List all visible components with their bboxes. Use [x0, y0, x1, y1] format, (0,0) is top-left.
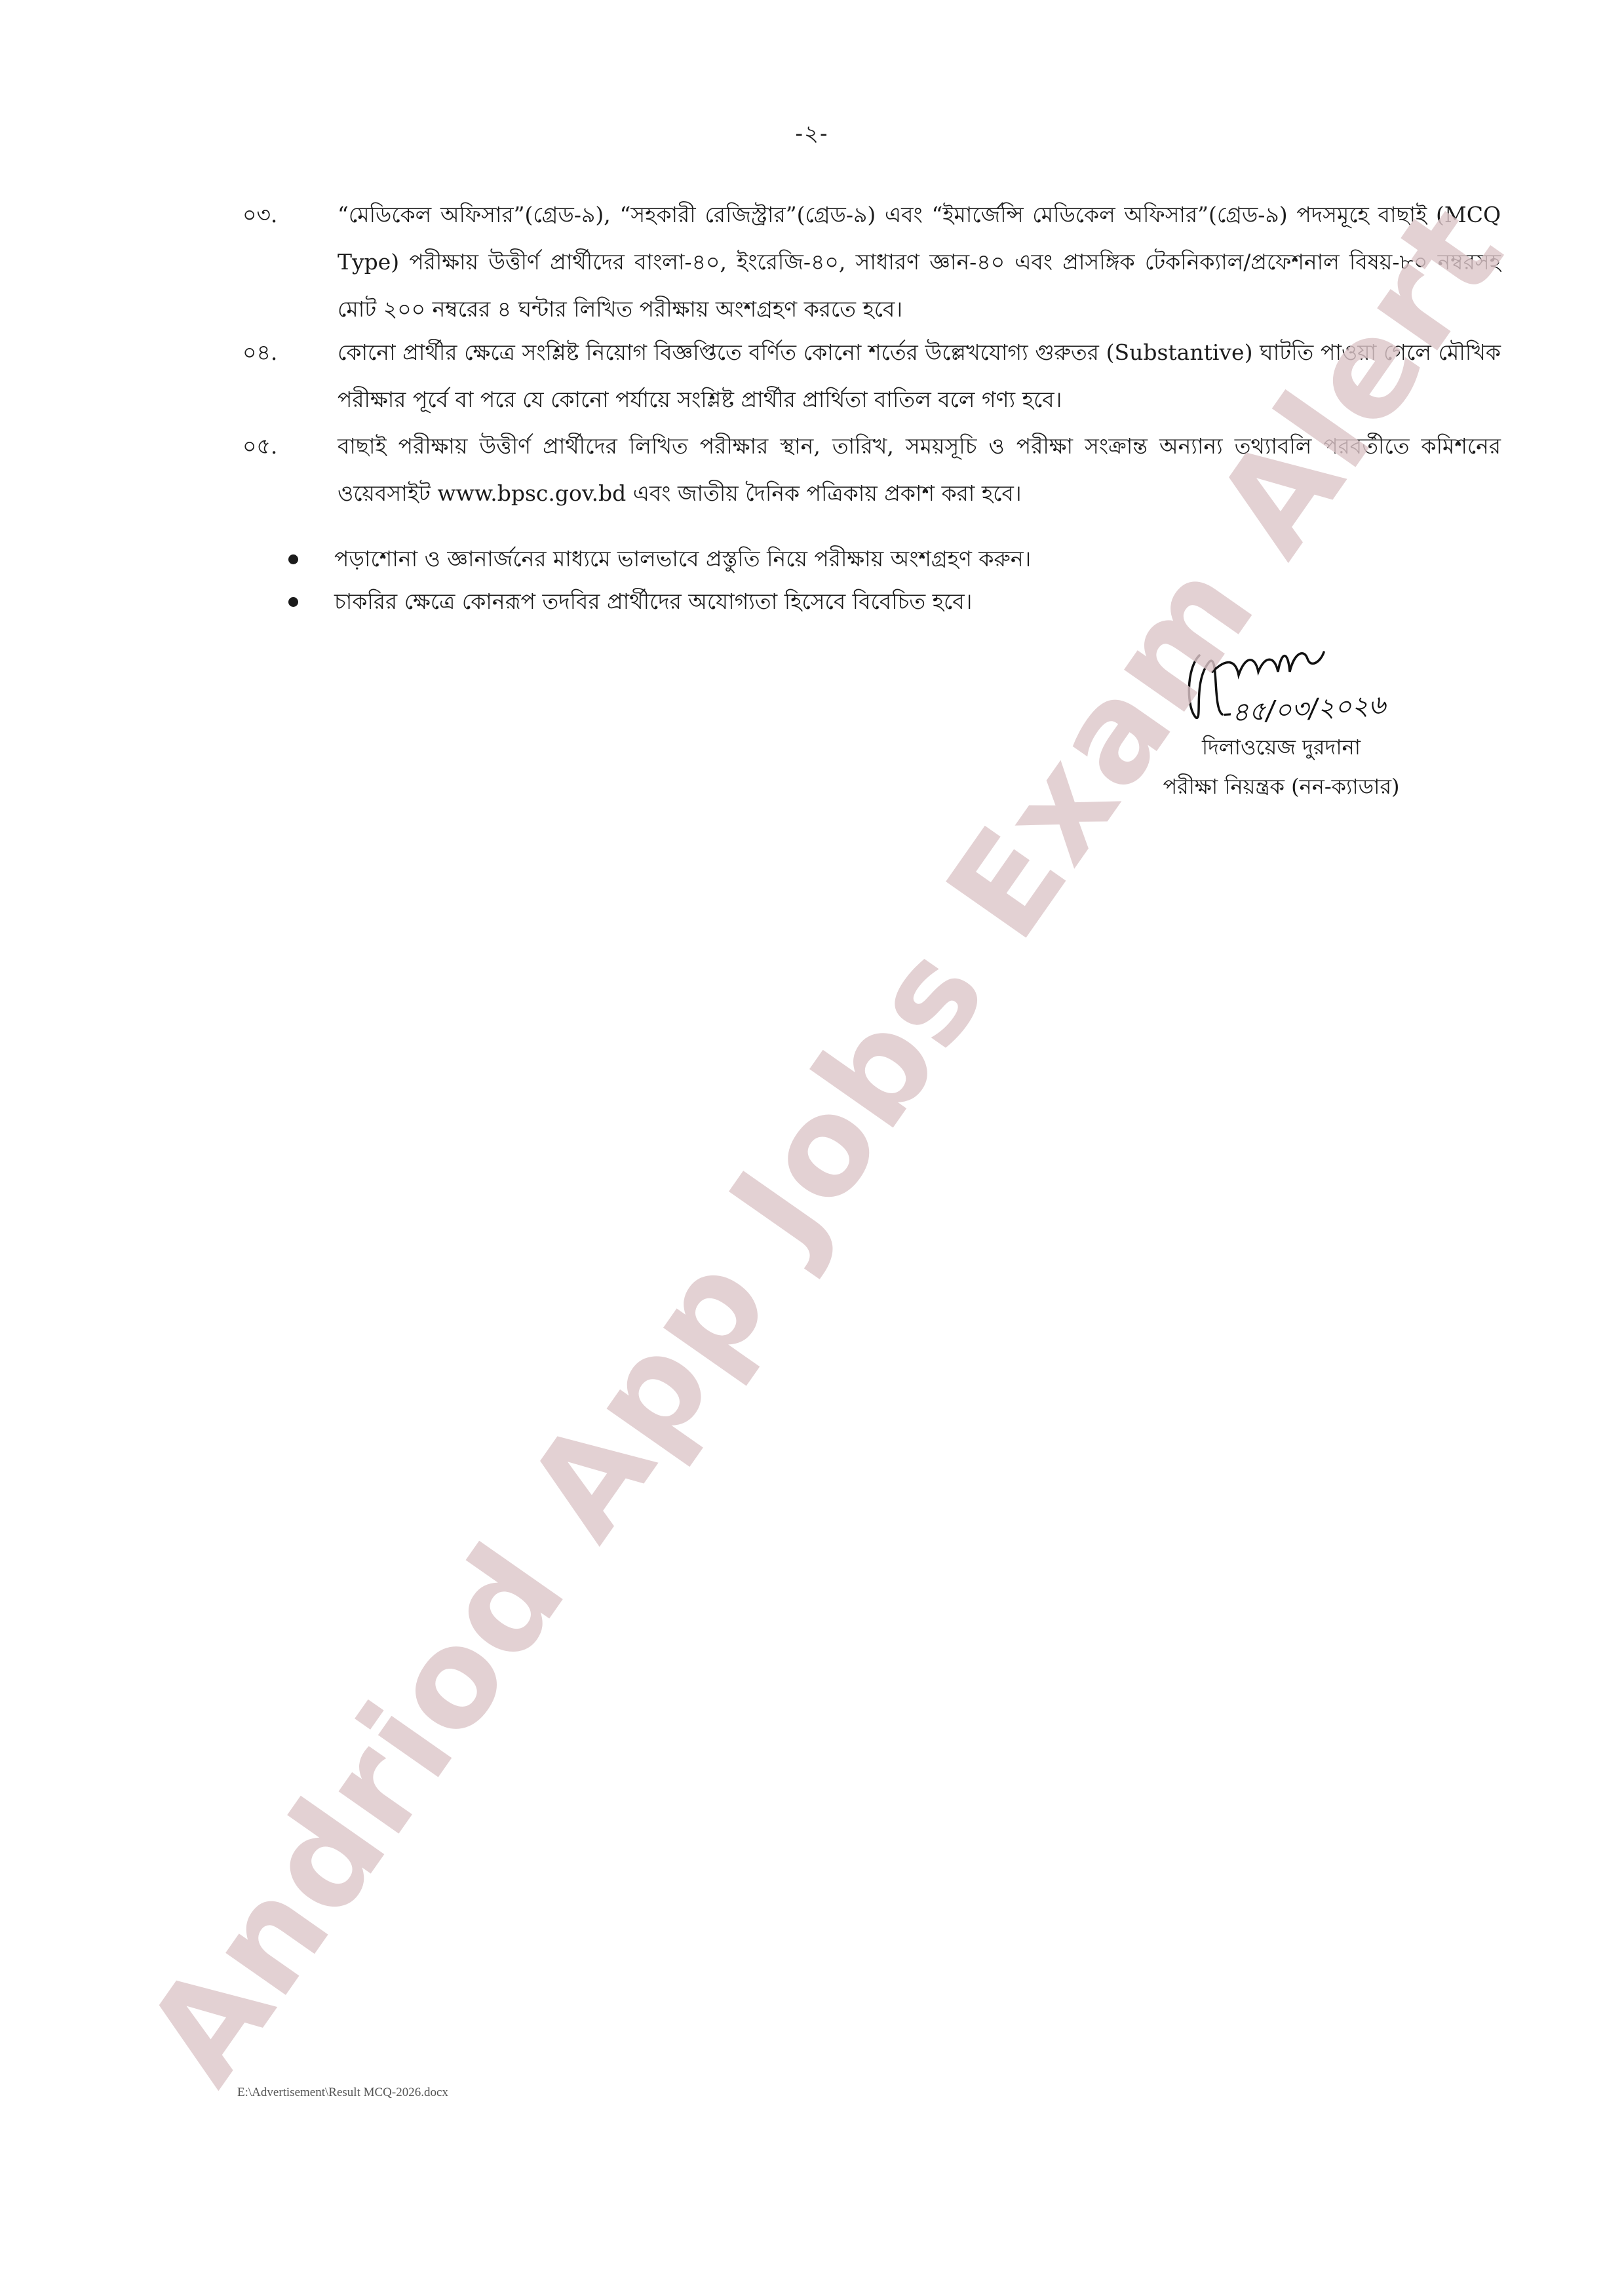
clause-number: ০৪.	[242, 329, 321, 376]
signature-block: -৪৫/০৩/২০২৬ দিলাওয়েজ দুরদানা পরীক্ষা নি…	[1088, 642, 1475, 806]
clause-text-after-link: এবং জাতীয় দৈনিক পত্রিকায় প্রকাশ করা হব…	[626, 480, 1021, 506]
file-path-footer: E:\Advertisement\Result MCQ-2026.docx	[237, 2086, 448, 2100]
bullet-item: চাকরির ক্ষেত্রে কোনরূপ তদবির প্রার্থীদের…	[288, 580, 1468, 623]
notice-bullets: পড়াশোনা ও জ্ঞানার্জনের মাধ্যমে ভালভাবে …	[288, 537, 1468, 623]
bullet-icon	[288, 554, 298, 564]
clause-04: ০৪. কোনো প্রার্থীর ক্ষেত্রে সংশ্লিষ্ট নি…	[242, 329, 1501, 423]
clause-text: কোনো প্রার্থীর ক্ষেত্রে সংশ্লিষ্ট নিয়োগ…	[338, 329, 1501, 423]
page-number: -২-	[0, 117, 1624, 154]
clause-text: “মেডিকেল অফিসার”(গ্রেড-৯), “সহকারী রেজিস…	[338, 191, 1501, 333]
bullet-icon	[288, 597, 298, 607]
document-page: -২- ০৩. “মেডিকেল অফিসার”(গ্রেড-৯), “সহকা…	[0, 0, 1624, 2290]
website-link[interactable]: www.bpsc.gov.bd	[437, 480, 626, 506]
signature-date: -৪৫/০৩/২০২৬	[1222, 686, 1387, 733]
bullet-text: পড়াশোনা ও জ্ঞানার্জনের মাধ্যমে ভালভাবে …	[334, 546, 1031, 572]
clause-05: ০৫. বাছাই পরীক্ষায় উত্তীর্ণ প্রার্থীদের…	[242, 423, 1501, 517]
clause-03: ০৩. “মেডিকেল অফিসার”(গ্রেড-৯), “সহকারী র…	[242, 191, 1501, 333]
signature: -৪৫/০৩/২০২৬	[1088, 642, 1475, 728]
signer-designation: পরীক্ষা নিয়ন্ত্রক (নন-ক্যাডার)	[1088, 767, 1475, 806]
bullet-text: চাকরির ক্ষেত্রে কোনরূপ তদবির প্রার্থীদের…	[334, 589, 972, 614]
clause-number: ০৩.	[242, 191, 321, 239]
clause-number: ০৫.	[242, 423, 321, 470]
bullet-item: পড়াশোনা ও জ্ঞানার্জনের মাধ্যমে ভালভাবে …	[288, 537, 1468, 580]
signer-name: দিলাওয়েজ দুরদানা	[1088, 728, 1475, 767]
clause-text: বাছাই পরীক্ষায় উত্তীর্ণ প্রার্থীদের লিখ…	[338, 423, 1501, 517]
